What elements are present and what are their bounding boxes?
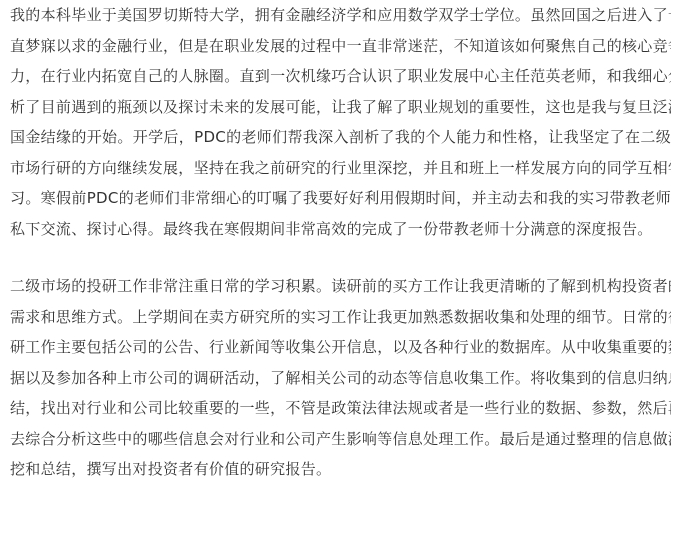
text-line: 据以及参加各种上市公司的调研活动，了解相关公司的动态等信息收集工作。将收集到的信… <box>10 363 671 394</box>
text-line: 需求和思维方式。上学期间在卖方研究所的实习工作让我更加熟悉数据收集和处理的细节。… <box>10 302 671 333</box>
text-line: 直梦寐以求的金融行业，但是在职业发展的过程中一直非常迷茫，不知道该如何聚焦自己的… <box>10 31 671 62</box>
text-line: 析了目前遇到的瓶颈以及探讨未来的发展可能，让我了解了职业规划的重要性，这也是我与… <box>10 92 671 123</box>
text-line: 国金结缘的开始。开学后，PDC的老师们帮我深入剖析了我的个人能力和性格，让我坚定… <box>10 122 671 153</box>
text-line: 习。寒假前PDC的老师们非常细心的叮嘱了我要好好利用假期时间，并主动去和我的实习… <box>10 183 671 214</box>
text-line: 二级市场的投研工作非常注重日常的学习积累。读研前的买方工作让我更清晰的了解到机构… <box>10 271 671 302</box>
text-line: 市场行研的方向继续发展，坚持在我之前研究的行业里深挖，并且和班上一样发展方向的同… <box>10 153 671 184</box>
text-line: 去综合分析这些中的哪些信息会对行业和公司产生影响等信息处理工作。最后是通过整理的… <box>10 424 671 455</box>
paragraph-career-background: 我的本科毕业于美国罗切斯特大学，拥有金融经济学和应用数学双学士学位。虽然回国之后… <box>10 0 671 244</box>
text-line: 我的本科毕业于美国罗切斯特大学，拥有金融经济学和应用数学双学士学位。虽然回国之后… <box>10 0 671 31</box>
text-line: 研工作主要包括公司的公告、行业新闻等收集公开信息，以及各种行业的数据库。从中收集… <box>10 332 671 363</box>
text-line: 力，在行业内拓宽自己的人脉圈。直到一次机缘巧合认识了职业发展中心主任范英老师，和… <box>10 61 671 92</box>
article-body: 我的本科毕业于美国罗切斯特大学，拥有金融经济学和应用数学双学士学位。虽然回国之后… <box>0 0 679 485</box>
paragraph-research-work: 二级市场的投研工作非常注重日常的学习积累。读研前的买方工作让我更清晰的了解到机构… <box>10 271 671 485</box>
text-line: 私下交流、探讨心得。最终我在寒假期间非常高效的完成了一份带教老师十分满意的深度报… <box>10 214 671 245</box>
text-line: 结，找出对行业和公司比较重要的一些，不管是政策法律法规或者是一些行业的数据、参数… <box>10 393 671 424</box>
text-line: 挖和总结，撰写出对投资者有价值的研究报告。 <box>10 454 671 485</box>
